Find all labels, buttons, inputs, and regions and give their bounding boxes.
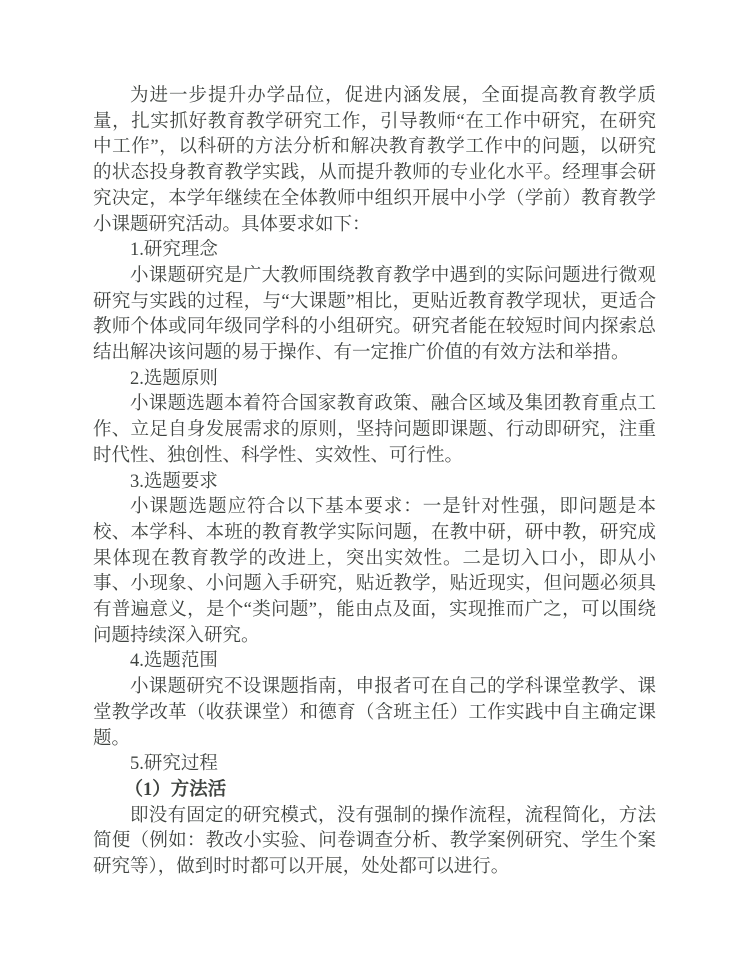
heading-topic-selection-principles: 2.选题原则: [93, 367, 656, 393]
topic-selection-scope-paragraph: 小课题研究不设课题指南，申报者可在自己的学科课堂教学、课堂教学改革（收获课堂）和…: [93, 675, 656, 752]
research-concept-paragraph: 小课题研究是广大教师围绕教育教学中遇到的实际问题进行微观研究与实践的过程，与“大…: [93, 264, 656, 367]
heading-topic-selection-scope: 4.选题范围: [93, 649, 656, 675]
flexible-method-paragraph: 即没有固定的研究模式，没有强制的操作流程，流程简化，方法简便（例如：教改小实验、…: [93, 804, 656, 881]
heading-research-process: 5.研究过程: [93, 752, 656, 778]
heading-research-concept: 1.研究理念: [93, 238, 656, 264]
topic-selection-principles-paragraph: 小课题选题本着符合国家教育政策、融合区域及集团教育重点工作、立足自身发展需求的原…: [93, 392, 656, 469]
heading-topic-selection-requirements: 3.选题要求: [93, 470, 656, 496]
topic-selection-requirements-paragraph: 小课题选题应符合以下基本要求：一是针对性强，即问题是本校、本学科、本班的教育教学…: [93, 495, 656, 649]
subheading-flexible-method: （1）方法活: [93, 778, 656, 804]
document-page: 为进一步提升办学品位，促进内涵发展，全面提高教育教学质量，扎实抓好教育教学研究工…: [93, 84, 656, 881]
intro-paragraph: 为进一步提升办学品位，促进内涵发展，全面提高教育教学质量，扎实抓好教育教学研究工…: [93, 84, 656, 238]
